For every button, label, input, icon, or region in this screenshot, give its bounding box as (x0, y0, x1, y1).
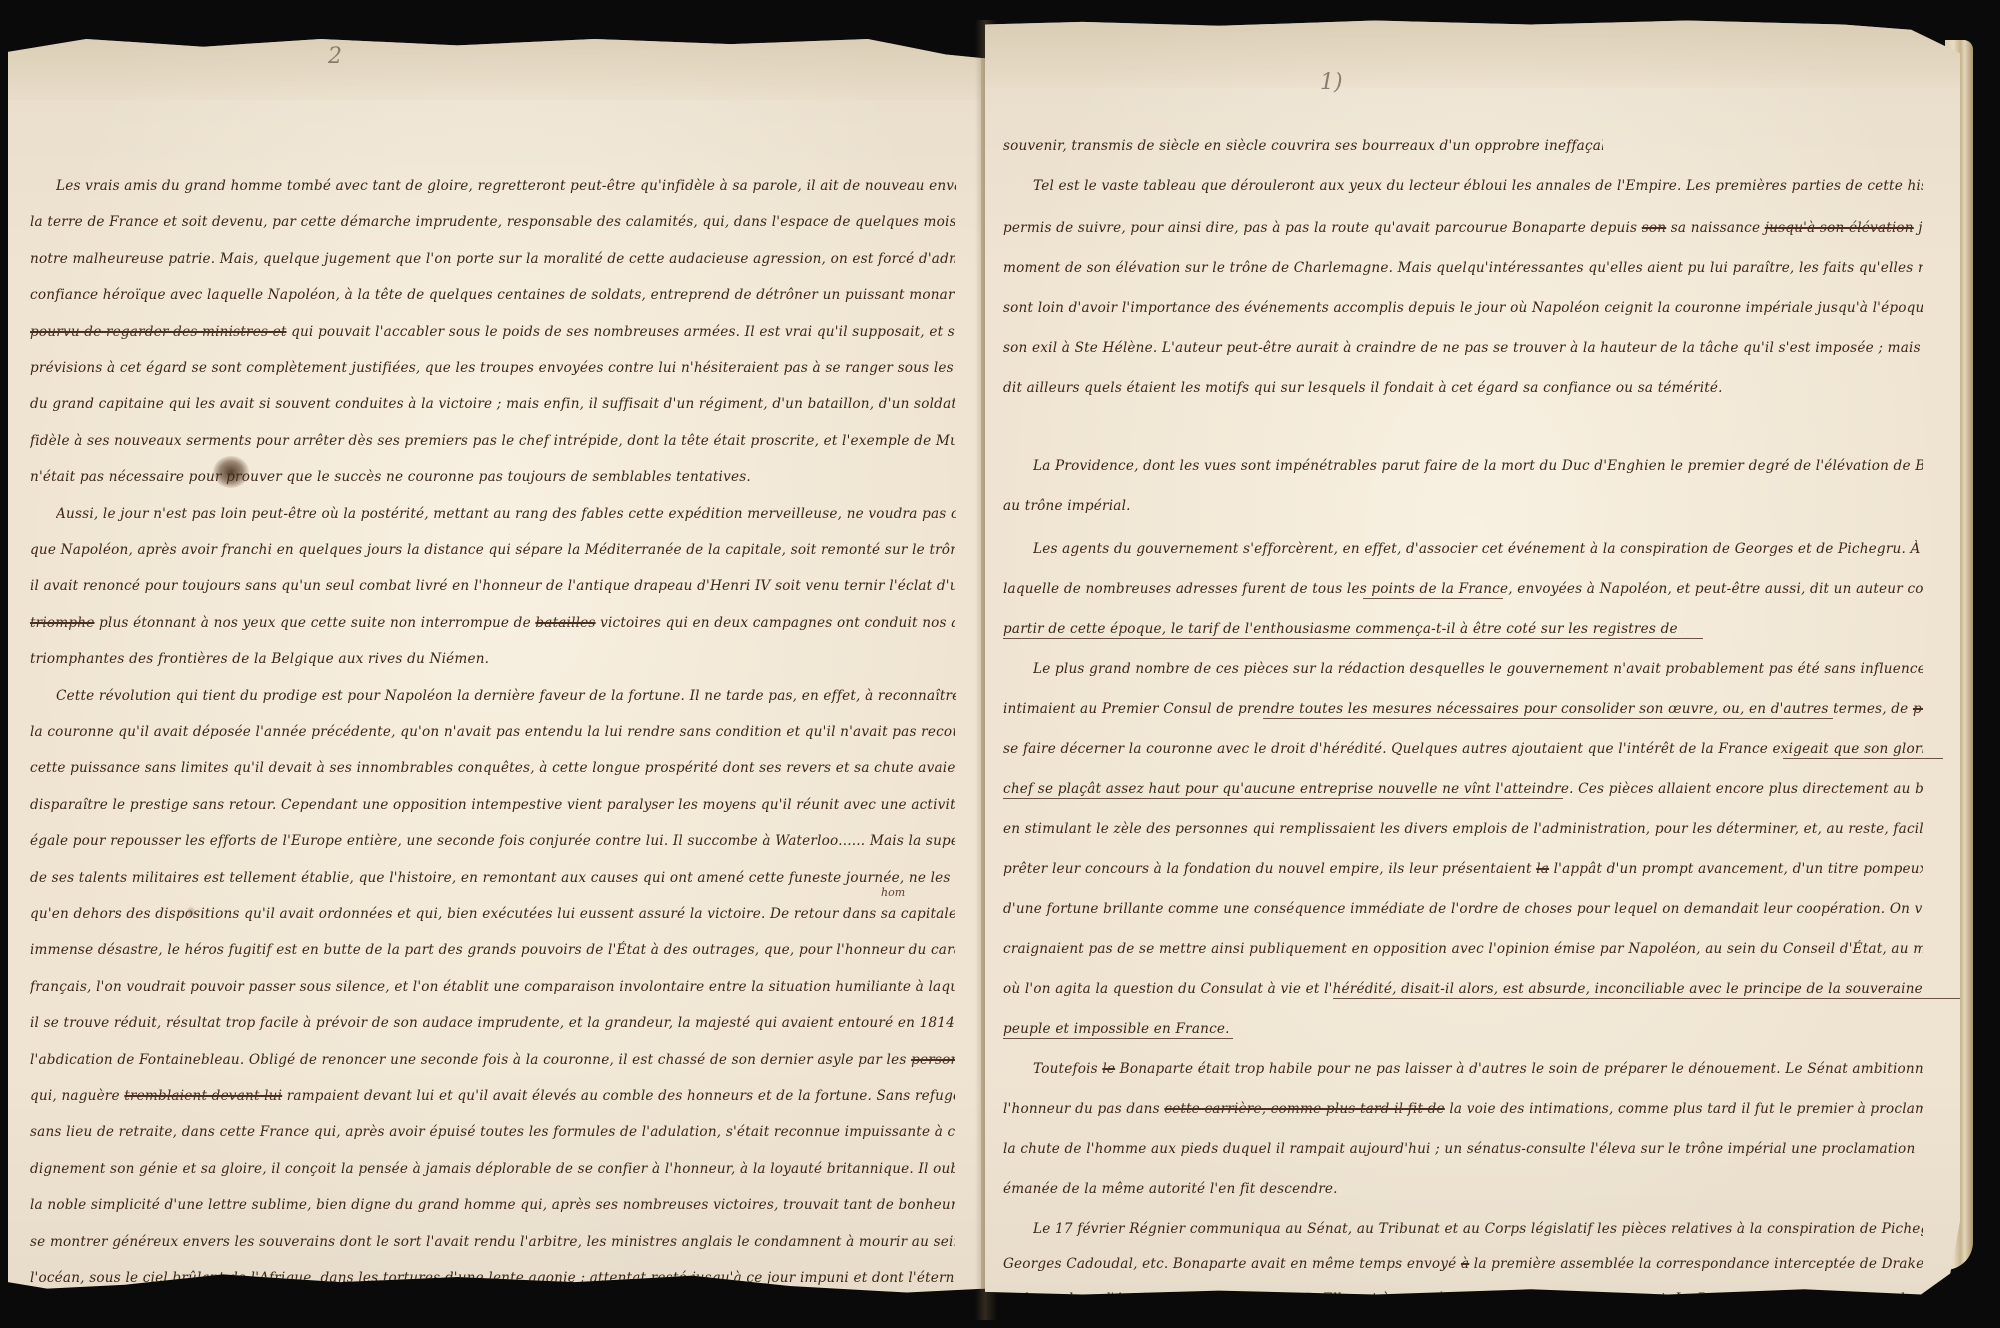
struck-text: batailles (535, 615, 595, 631)
underline-mark (1333, 998, 1960, 999)
struck-text: cette carrière, comme plus tard il fit d… (1164, 1101, 1445, 1117)
struck-text: à (1461, 1256, 1469, 1272)
manuscript-line: la chute de l'homme aux pieds duquel il … (1003, 1139, 1923, 1161)
struck-text: triomphe (30, 615, 94, 631)
manuscript-line: du grand capitaine qui les avait si souv… (30, 394, 955, 416)
manuscript-line: Aussi, le jour n'est pas loin peut-être … (56, 504, 956, 526)
manuscript-line: dignement son génie et sa gloire, il con… (30, 1159, 955, 1181)
manuscript-line: La Providence, dont les vues sont impéné… (1033, 456, 1923, 478)
manuscript-line: il avait renoncé pour toujours sans qu'u… (30, 576, 955, 598)
manuscript-line: émanée de la même autorité l'en fit desc… (1003, 1179, 1403, 1201)
manuscript-line: Georges Cadoudal, etc. Bonaparte avait e… (1003, 1254, 1923, 1276)
manuscript-line: l'honneur du pas dans cette carrière, co… (1003, 1099, 1923, 1121)
manuscript-line: moment de son élévation sur le trône de … (1003, 258, 1923, 280)
manuscript-line: cette puissance sans limites qu'il devai… (30, 758, 955, 780)
manuscript-line: Toutefois le Bonaparte était trop habile… (1033, 1059, 1923, 1081)
manuscript-line: Les agents du gouvernement s'efforcèrent… (1033, 539, 1923, 561)
manuscript-line: qu'en dehors des dispositions qu'il avai… (30, 904, 955, 926)
ink-stain (213, 456, 249, 488)
manuscript-line: immense désastre, le héros fugitif est e… (30, 940, 955, 962)
left-manuscript-page: 2 Les vrais amis du grand homme tombé av… (8, 26, 985, 1321)
manuscript-line: qui, naguère tremblaient devant lui ramp… (30, 1086, 955, 1108)
manuscript-line: dit ailleurs quels étaient les motifs qu… (1003, 378, 1763, 400)
underline-mark (1003, 798, 1563, 799)
manuscript-line: Le 17 février Régnier communiqua au Séna… (1033, 1219, 1923, 1241)
manuscript-line: il se trouve réduit, résultat trop facil… (30, 1013, 955, 1035)
manuscript-line: la noble simplicité d'une lettre sublime… (30, 1195, 955, 1217)
manuscript-line: la terre de France et soit devenu, par c… (30, 212, 955, 234)
struck-text: Elle fit (1270, 1291, 1317, 1307)
manuscript-line: égale pour repousser les efforts de l'Eu… (30, 831, 955, 853)
struck-text: personnes (911, 1052, 955, 1068)
manuscript-line: craignaient pas de se mettre ainsi publi… (1003, 939, 1923, 961)
right-manuscript-page: 1) souvenir, transmis de siècle en siècl… (985, 14, 1960, 1326)
book-spread: 2 Les vrais amis du grand homme tombé av… (0, 0, 2000, 1328)
manuscript-line: triomphantes des frontières de la Belgiq… (30, 649, 570, 671)
manuscript-line: sans lieu de retraite, dans cette France… (30, 1122, 955, 1144)
page-top-edge (8, 26, 981, 100)
manuscript-line: prêter leur concours à la fondation du n… (1003, 859, 1923, 881)
manuscript-line: Tel est le vaste tableau que dérouleront… (1033, 176, 1923, 198)
manuscript-line: d'une fortune brillante comme une conséq… (1003, 899, 1923, 921)
manuscript-line: Cette révolution qui tient du prodige es… (56, 686, 956, 708)
manuscript-line: au trône impérial. (1003, 496, 1203, 518)
manuscript-line: confiance héroïque avec laquelle Napoléo… (30, 285, 955, 307)
underline-mark (1003, 638, 1703, 639)
manuscript-line: l'océan, sous le ciel brûlant de l'Afriq… (30, 1268, 955, 1290)
underline-mark (1263, 718, 1833, 719)
struck-text: prendre (1913, 701, 1923, 717)
manuscript-line: l'abdication de Fontainebleau. Obligé de… (30, 1050, 955, 1072)
manuscript-line: n'était pas nécessaire pour prouver que … (30, 467, 830, 489)
manuscript-line: se montrer généreux envers les souverain… (30, 1232, 955, 1254)
struck-text: jusqu'à son élévation (1765, 220, 1914, 236)
manuscript-line: permis de suivre, pour ainsi dire, pas à… (1003, 218, 1923, 240)
manuscript-line: français, l'on voudrait pouvoir passer s… (30, 977, 955, 999)
manuscript-line: Les vrais amis du grand homme tombé avec… (56, 176, 956, 198)
manuscript-line: disparaître le prestige sans retour. Cep… (30, 795, 955, 817)
struck-text: le (1102, 1061, 1115, 1077)
struck-text: son (1642, 220, 1667, 236)
manuscript-line: sont loin d'avoir l'importance des événe… (1003, 298, 1923, 320)
manuscript-line: prévisions à cet égard se sont complètem… (30, 358, 955, 380)
manuscript-line: Le plus grand nombre de ces pièces sur l… (1033, 659, 1923, 681)
manuscript-line: en stimulant le zèle des personnes qui r… (1003, 819, 1923, 841)
manuscript-line: triomphe plus étonnant à nos yeux que ce… (30, 613, 955, 635)
struck-text: tremblaient devant lui (124, 1088, 282, 1104)
underline-mark (1363, 598, 1503, 599)
manuscript-line: notre malheureuse patrie. Mais, quelque … (30, 249, 955, 271)
manuscript-line: pourvu de regarder des ministres et qui … (30, 322, 955, 344)
struck-text: la (1536, 861, 1549, 877)
folio-number-left: 2 (328, 44, 342, 69)
manuscript-line: souvenir, transmis de siècle en siècle c… (1003, 136, 1603, 158)
struck-text: pourvu de regarder des ministres et (30, 324, 287, 340)
manuscript-line: son exil à Ste Hélène. L'auteur peut-êtr… (1003, 338, 1923, 360)
paper-spot (186, 906, 196, 918)
page-top-edge (985, 14, 1960, 88)
interlinear-correction: hom (881, 886, 905, 899)
underline-mark (1003, 1038, 1233, 1039)
manuscript-line: la couronne qu'il avait déposée l'année … (30, 722, 955, 744)
manuscript-line: ambassadeur d'Angleterre à Munich. Elle … (1003, 1289, 1923, 1311)
manuscript-line: de ses talents militaires est tellement … (30, 868, 955, 890)
folio-number-right: 1) (1320, 70, 1343, 95)
manuscript-line: fidèle à ses nouveaux serments pour arrê… (30, 431, 955, 453)
manuscript-line: que Napoléon, après avoir franchi en que… (30, 540, 955, 562)
underline-mark (1783, 758, 1943, 759)
